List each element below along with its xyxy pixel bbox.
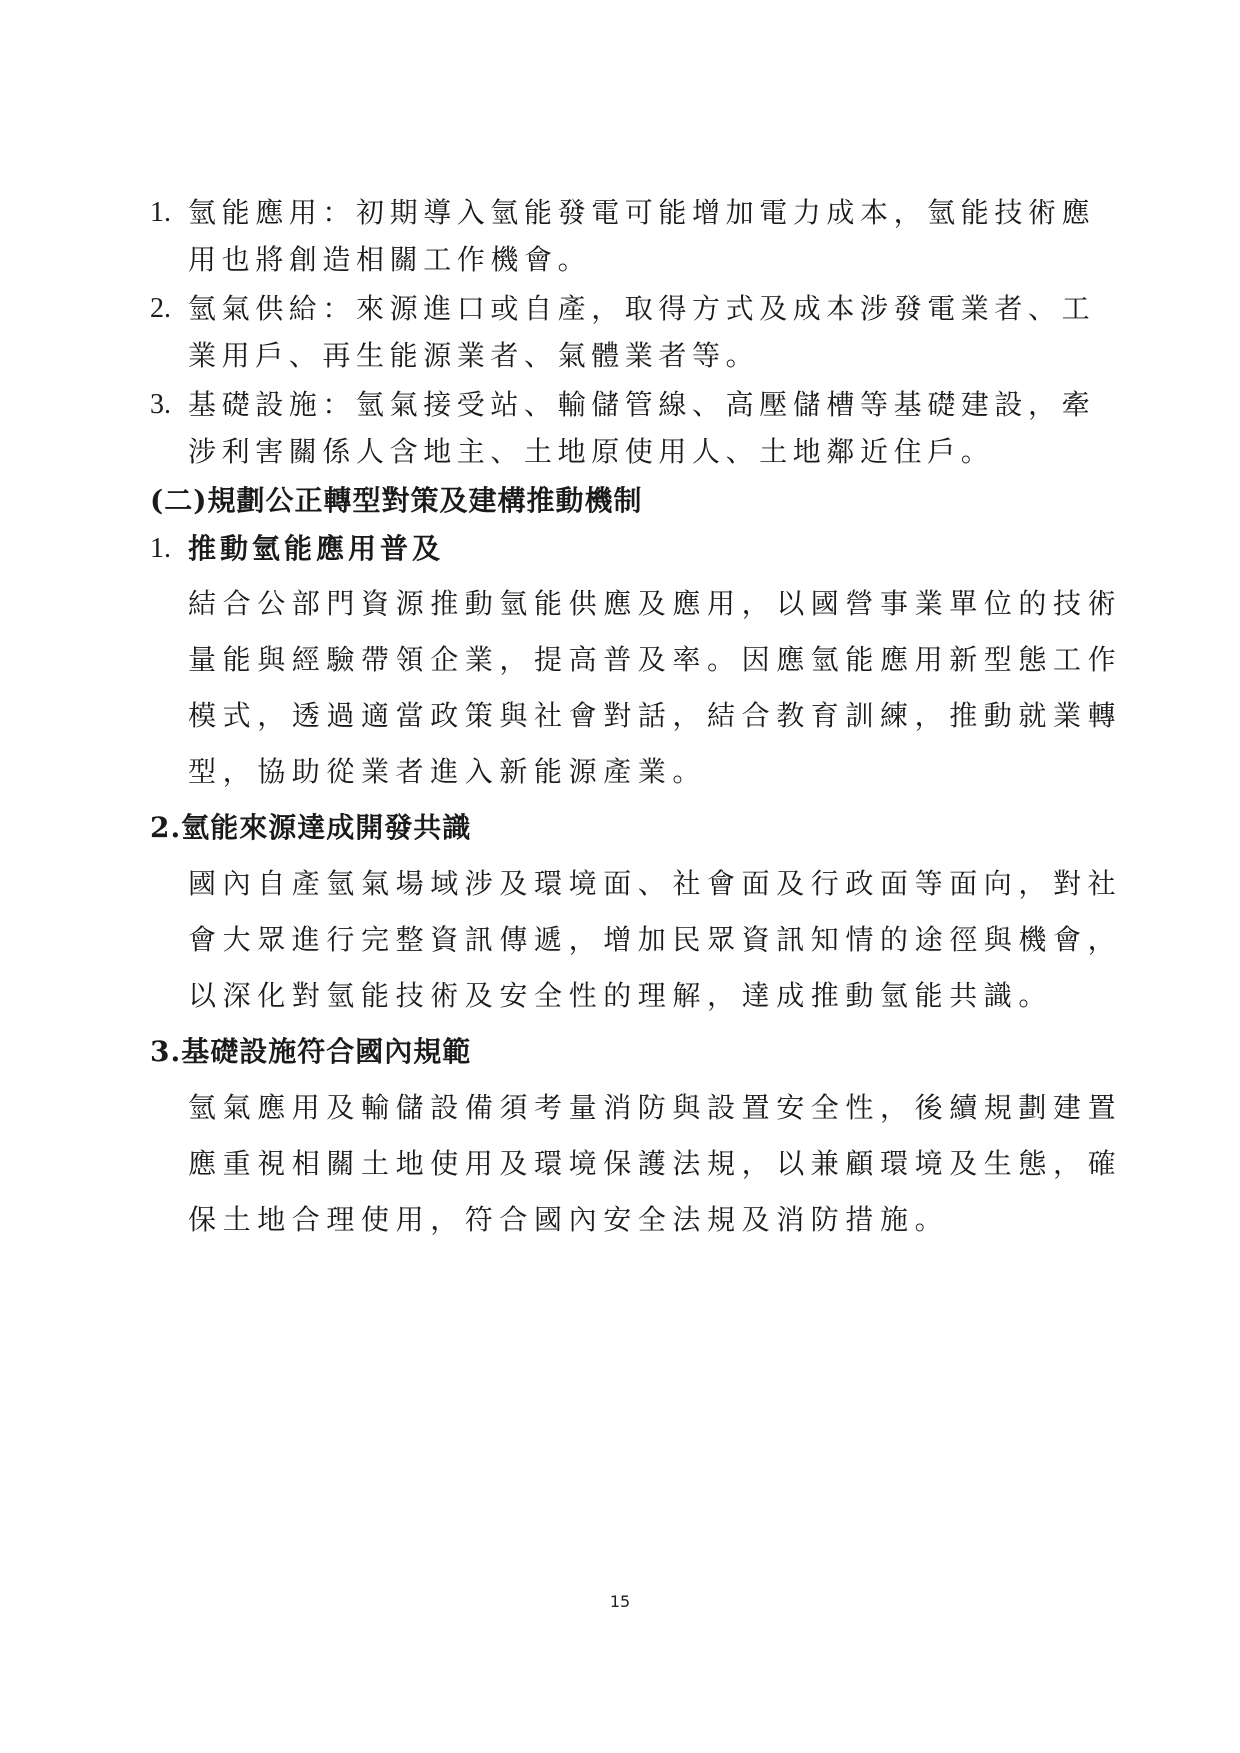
list-number: 2. bbox=[150, 289, 171, 329]
paragraph-line: 以深化對氫能技術及安全性的理解，達成推動氫能共識。 bbox=[188, 976, 1053, 1016]
subsection-number: 1. bbox=[150, 529, 171, 569]
list-item-text: 業用戶、再生能源業者、氣體業者等。 bbox=[188, 336, 759, 376]
subsection-title: 3.基礎設施符合國內規範 bbox=[150, 1032, 471, 1072]
paragraph-line: 應重視相關土地使用及環境保護法規，以兼顧環境及生態，確 bbox=[188, 1144, 1122, 1184]
paragraph-line: 量能與經驗帶領企業，提高普及率。因應氫能應用新型態工作 bbox=[188, 640, 1122, 680]
document-page: 1. 氫能應用：初期導入氫能發電可能增加電力成本，氫能技術應 用也將創造相關工作… bbox=[0, 0, 1240, 1753]
paragraph-line: 模式，透過適當政策與社會對話，結合教育訓練，推動就業轉 bbox=[188, 696, 1122, 736]
section-heading: (二)規劃公正轉型對策及建構推動機制 bbox=[150, 481, 643, 521]
paragraph-line: 型，協助從業者進入新能源產業。 bbox=[188, 752, 707, 792]
paragraph-line: 會大眾進行完整資訊傳遞，增加民眾資訊知情的途徑與機會， bbox=[188, 920, 1122, 960]
paragraph-line: 國內自產氫氣場域涉及環境面、社會面及行政面等面向，對社 bbox=[188, 864, 1122, 904]
subsection-number: 2. bbox=[150, 811, 181, 844]
page-number: 15 bbox=[0, 1592, 1240, 1611]
list-item-text: 氫氣供給：來源進口或自產，取得方式及成本涉發電業者、工 bbox=[188, 289, 1095, 329]
list-item-text: 基礎設施：氫氣接受站、輸儲管線、高壓儲槽等基礎建設，牽 bbox=[188, 385, 1095, 425]
list-number: 1. bbox=[150, 193, 171, 233]
subsection-title: 2.氫能來源達成開發共識 bbox=[150, 808, 471, 848]
list-item-text: 氫能應用：初期導入氫能發電可能增加電力成本，氫能技術應 bbox=[188, 193, 1095, 233]
list-number: 3. bbox=[150, 385, 171, 425]
subsection-title-text: 基礎設施符合國內規範 bbox=[181, 1035, 471, 1068]
list-item-text: 用也將創造相關工作機會。 bbox=[188, 240, 591, 280]
list-item-text: 涉利害關係人含地主、土地原使用人、土地鄰近住戶。 bbox=[188, 432, 994, 472]
subsection-title: 推動氫能應用普及 bbox=[188, 529, 444, 569]
subsection-title-text: 氫能來源達成開發共識 bbox=[181, 811, 471, 844]
paragraph-line: 保土地合理使用，符合國內安全法規及消防措施。 bbox=[188, 1200, 949, 1240]
paragraph-line: 氫氣應用及輸儲設備須考量消防與設置安全性，後續規劃建置 bbox=[188, 1088, 1122, 1128]
paragraph-line: 結合公部門資源推動氫能供應及應用，以國營事業單位的技術 bbox=[188, 584, 1122, 624]
subsection-number: 3. bbox=[150, 1035, 181, 1068]
